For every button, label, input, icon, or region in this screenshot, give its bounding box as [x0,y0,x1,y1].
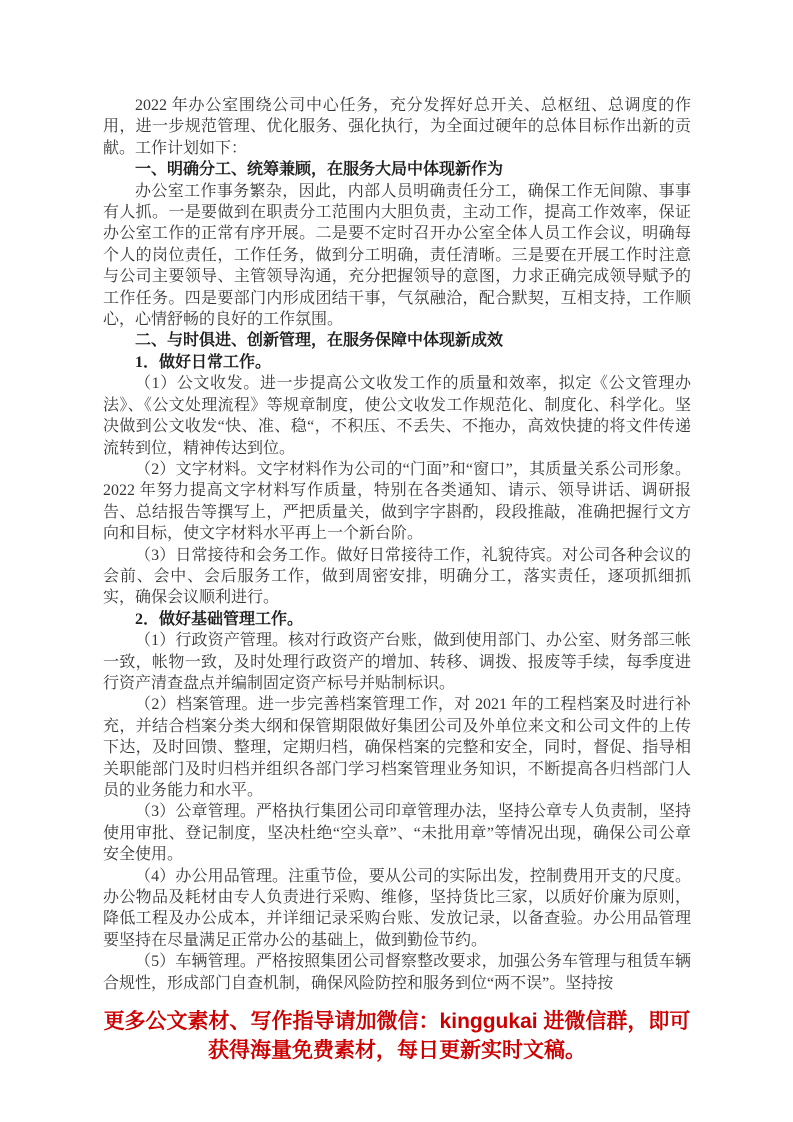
subheading-daily-work: 1．做好日常工作。 [103,352,691,373]
paragraph-office-supplies: （4）办公用品管理。注重节俭，要从公司的实际出发，控制费用开支的尺度。办公物品及… [103,866,691,952]
paragraph-document-dispatch: （1）公文收发。进一步提高公文收发工作的质量和效率，拟定《公文管理办法》、《公文… [103,373,691,459]
document-page: 2022 年办公室围绕公司中心任务，充分发挥好总开关、总枢纽、总调度的作用，进一… [0,0,793,1122]
promo-footer-text: 更多公文素材、写作指导请加微信：kinggukai 进微信群，即可获得海量免费素… [103,1007,691,1065]
subheading-basic-management: 2．做好基础管理工作。 [103,609,691,630]
intro-paragraph: 2022 年办公室围绕公司中心任务，充分发挥好总开关、总枢纽、总调度的作用，进一… [103,95,691,159]
paragraph-seal-management: （3）公章管理。严格执行集团公司印章管理办法，坚持公章专人负责制，坚持使用审批、… [103,801,691,865]
paragraph-archive-management: （2）档案管理。进一步完善档案管理工作，对 2021 年的工程档案及时进行补充，… [103,694,691,801]
paragraph-asset-management: （1）行政资产管理。核对行政资产台账，做到使用部门、办公室、财务部三帐一致，帐物… [103,630,691,694]
section-heading-2: 二、与时俱进、创新管理，在服务保障中体现新成效 [103,330,691,351]
paragraph-vehicle-management: （5）车辆管理。严格按照集团公司督察整改要求，加强公务车管理与租赁车辆合规性，形… [103,951,691,994]
paragraph-reception-meetings: （3）日常接待和会务工作。做好日常接待工作，礼貌待宾。对公司各种会议的会前、会中… [103,545,691,609]
section-1-paragraph: 办公室工作事务繁杂，因此，内部人员明确责任分工，确保工作无间隙、事事有人抓。一是… [103,181,691,331]
paragraph-written-materials: （2）文字材料。文字材料作为公司的“门面”和“窗口”，其质量关系公司形象。202… [103,459,691,545]
section-heading-1: 一、明确分工、统筹兼顾，在服务大局中体现新作为 [103,159,691,180]
